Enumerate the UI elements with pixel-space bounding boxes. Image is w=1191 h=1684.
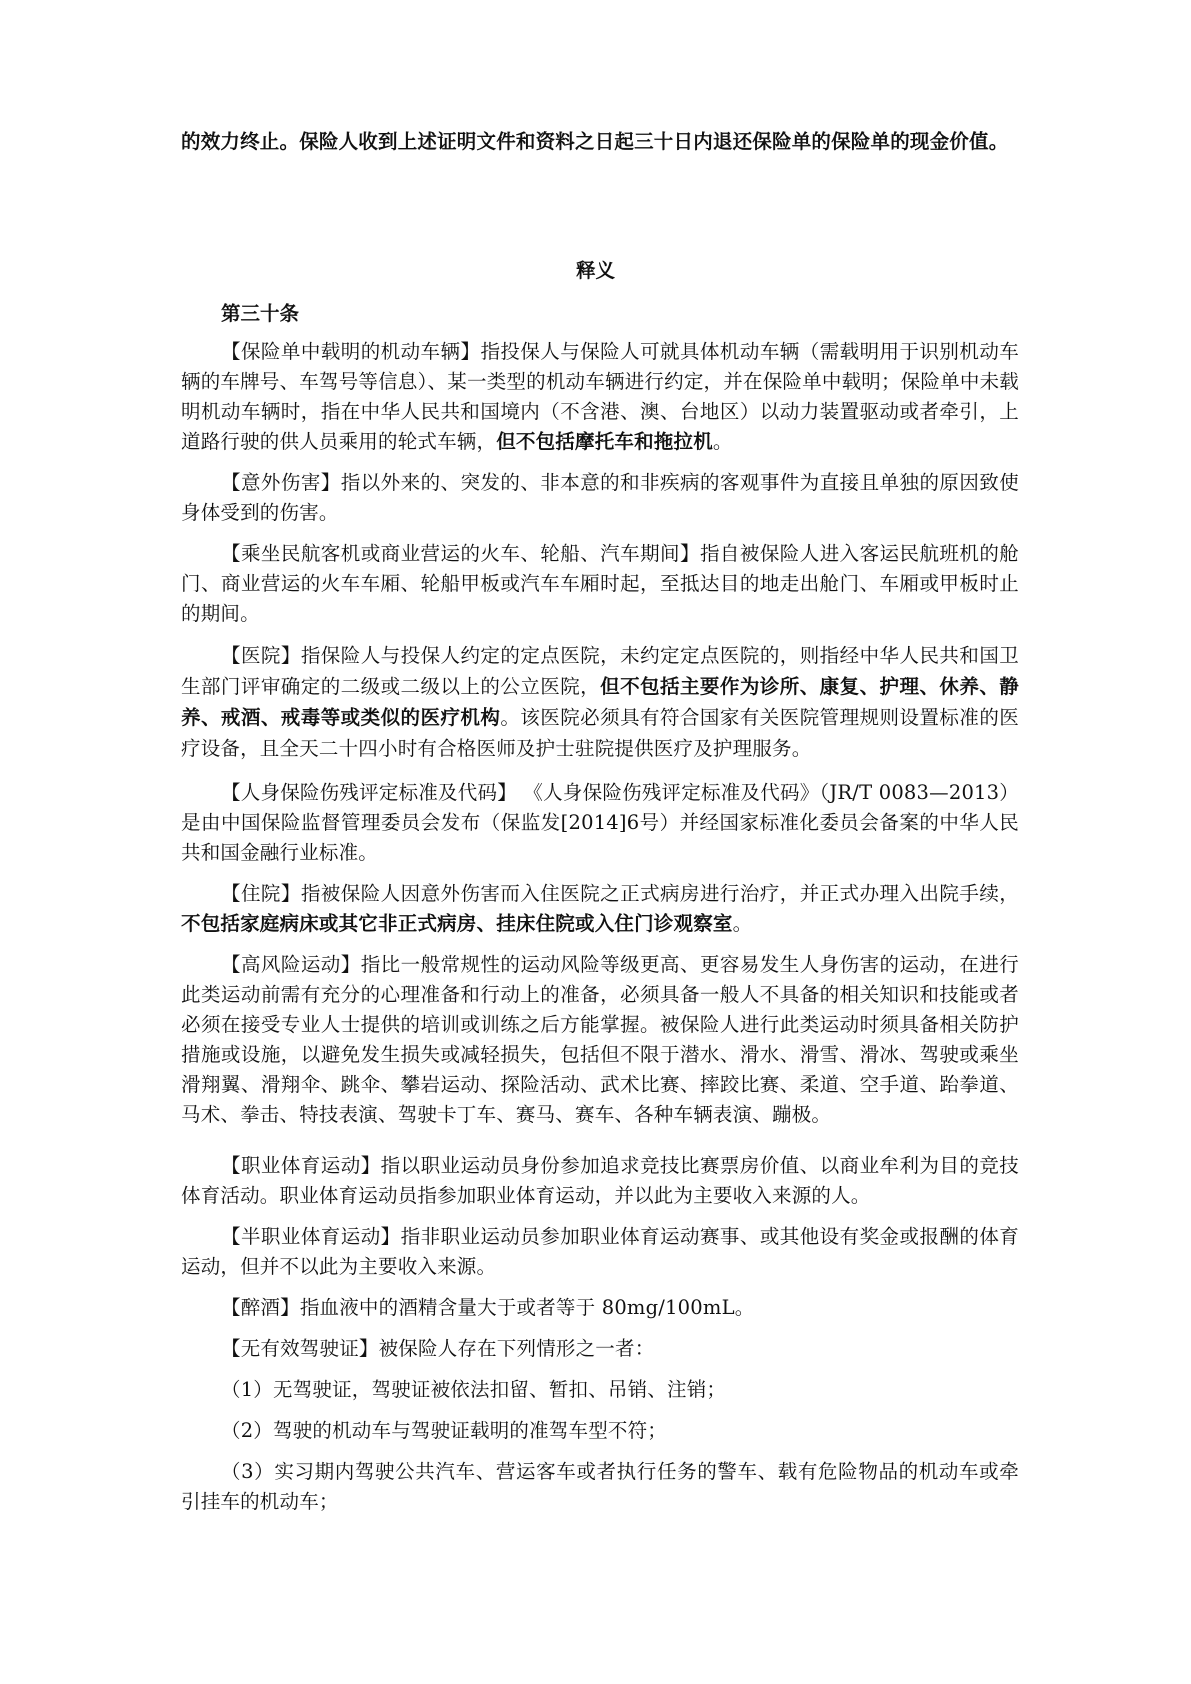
- definition-term: 【职业体育运动】: [221, 1154, 381, 1177]
- definition-text: 指血液中的酒精含量大于或者等于 80mg/100mL。: [300, 1296, 755, 1319]
- definition-term: 【高风险运动】: [221, 953, 361, 976]
- definition-term: 【乘坐民航客机或商业营运的火车、轮船、汽车期间】: [221, 542, 700, 565]
- definition-text: 指被保险人因意外伤害而入住医院之正式病房进行治疗，并正式办理入出院手续，: [301, 882, 1019, 905]
- license-list-item: （2）驾驶的机动车与驾驶证载明的准驾车型不符；: [181, 1416, 1019, 1446]
- definition-text: 指比一般常规性的运动风险等级更高、更容易发生人身伤害的运动，在进行此类运动前需有…: [181, 953, 1019, 1126]
- definition-term: 【医院】: [221, 644, 301, 667]
- license-list-item: （1）无驾驶证，驾驶证被依法扣留、暂扣、吊销、注销；: [181, 1375, 1019, 1405]
- definition-emphasis: 但不包括摩托车和拖拉机: [496, 430, 713, 453]
- definition-tail: 。: [733, 912, 753, 935]
- intro-paragraph: 的效力终止。保险人收到上述证明文件和资料之日起三十日内退还保险单的保险单的现金价…: [181, 127, 1019, 157]
- definition-term: 【无有效驾驶证】: [221, 1337, 379, 1360]
- article-label: 第三十条: [221, 298, 299, 326]
- definition-drunk: 【醉酒】指血液中的酒精含量大于或者等于 80mg/100mL。: [181, 1293, 1019, 1323]
- definition-term: 【意外伤害】: [221, 471, 341, 494]
- definition-term: 【醉酒】: [221, 1296, 300, 1319]
- definition-high-risk-sports: 【高风险运动】指比一般常规性的运动风险等级更高、更容易发生人身伤害的运动，在进行…: [181, 950, 1019, 1130]
- definition-text: 被保险人存在下列情形之一者：: [379, 1337, 655, 1360]
- definition-semi-professional-sports: 【半职业体育运动】指非职业运动员参加职业体育运动赛事、或其他设有奖金或报酬的体育…: [181, 1222, 1019, 1282]
- definition-term: 【住院】: [221, 882, 301, 905]
- definition-no-valid-license: 【无有效驾驶证】被保险人存在下列情形之一者：: [181, 1334, 1019, 1364]
- definition-term: 【半职业体育运动】: [221, 1225, 401, 1248]
- definition-hospitalization: 【住院】指被保险人因意外伤害而入住医院之正式病房进行治疗，并正式办理入出院手续，…: [181, 879, 1019, 939]
- document-page: 的效力终止。保险人收到上述证明文件和资料之日起三十日内退还保险单的保险单的现金价…: [0, 0, 1191, 1684]
- definition-accidental-injury: 【意外伤害】指以外来的、突发的、非本意的和非疾病的客观事件为直接且单独的原因致使…: [181, 468, 1019, 528]
- definition-vehicle: 【保险单中载明的机动车辆】指投保人与保险人可就具体机动车辆（需载明用于识别机动车…: [181, 337, 1019, 457]
- definition-tail: 。: [713, 430, 733, 453]
- definition-emphasis: 不包括家庭病床或其它非正式病房、挂床住院或入住门诊观察室: [181, 912, 733, 935]
- definition-professional-sports: 【职业体育运动】指以职业运动员身份参加追求竞技比赛票房价值、以商业牟利为目的竞技…: [181, 1151, 1019, 1211]
- license-list-item: （3）实习期内驾驶公共汽车、营运客车或者执行任务的警车、载有危险物品的机动车或牵…: [181, 1457, 1019, 1517]
- section-title: 释义: [0, 255, 1191, 283]
- definition-travel-period: 【乘坐民航客机或商业营运的火车、轮船、汽车期间】指自被保险人进入客运民航班机的舱…: [181, 539, 1019, 629]
- definition-term: 【人身保险伤残评定标准及代码】: [221, 781, 517, 804]
- definition-term: 【保险单中载明的机动车辆】: [221, 340, 480, 363]
- definition-hospital: 【医院】指保险人与投保人约定的定点医院，未约定定点医院的，则指经中华人民共和国卫…: [181, 640, 1019, 764]
- definition-disability-standard: 【人身保险伤残评定标准及代码】 《人身保险伤残评定标准及代码》（JR/T 008…: [181, 778, 1019, 868]
